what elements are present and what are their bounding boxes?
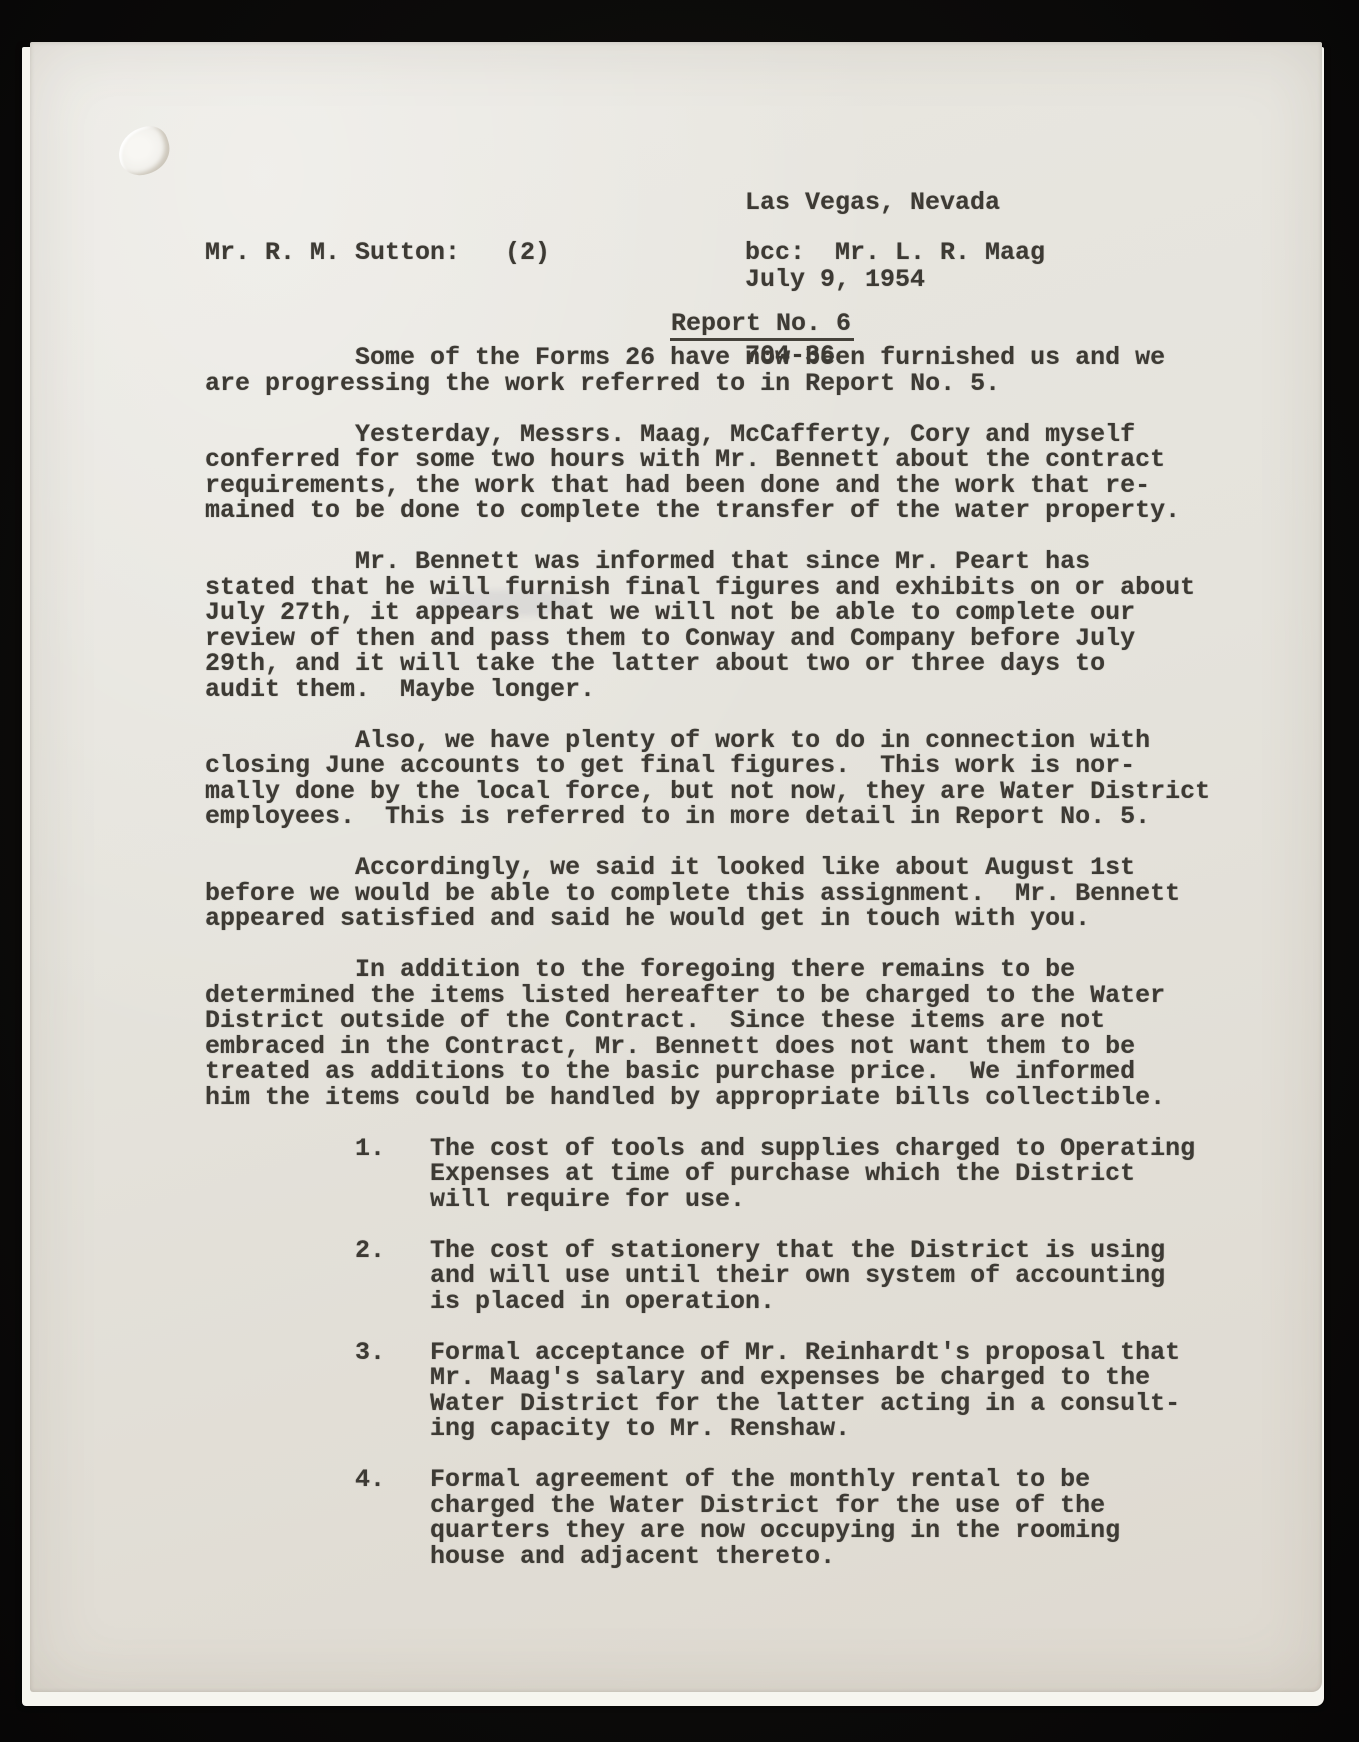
list-item-number: 3. [355, 1340, 430, 1366]
address-row: Mr. R. M. Sutton: (2) bcc: Mr. L. R. Maa… [30, 240, 1322, 266]
letter-body: Some of the Forms 26 have now been furni… [205, 345, 1225, 1569]
paragraph: Also, we have plenty of work to do in co… [205, 728, 1225, 830]
letter-page: Las Vegas, Nevada July 9, 1954 704-36 Mr… [30, 42, 1322, 1692]
paragraph: Accordingly, we said it looked like abou… [205, 855, 1225, 932]
paper-dent [112, 121, 176, 181]
paragraph: Some of the Forms 26 have now been furni… [205, 345, 1225, 396]
list-item-text: Formal acceptance of Mr. Reinhardt's pro… [430, 1340, 1180, 1442]
list-item-number: 4. [355, 1467, 430, 1493]
list-item: 2. The cost of stationery that the Distr… [355, 1238, 1225, 1315]
scanned-letter: Las Vegas, Nevada July 9, 1954 704-36 Mr… [0, 0, 1359, 1742]
paragraph: Mr. Bennett was informed that since Mr. … [205, 549, 1225, 702]
list-item-number: 1. [355, 1136, 430, 1162]
letterhead-location: Las Vegas, Nevada [745, 190, 1000, 216]
list-item-number: 2. [355, 1238, 430, 1264]
list-item: 4. Formal agreement of the monthly renta… [355, 1467, 1225, 1569]
list-item-text: Formal agreement of the monthly rental t… [430, 1467, 1120, 1569]
list-item: 3. Formal acceptance of Mr. Reinhardt's … [355, 1340, 1225, 1442]
recipient-line: Mr. R. M. Sutton: (2) [205, 240, 550, 266]
list-item-text: The cost of tools and supplies charged t… [430, 1136, 1195, 1213]
bcc-line: bcc: Mr. L. R. Maag [745, 240, 1045, 266]
list-item: 1. The cost of tools and supplies charge… [355, 1136, 1225, 1213]
paragraph: Yesterday, Messrs. Maag, McCafferty, Cor… [205, 422, 1225, 524]
paragraph: In addition to the foregoing there remai… [205, 957, 1225, 1110]
list-item-text: The cost of stationery that the District… [430, 1238, 1165, 1315]
report-title-text: Report No. 6 [670, 311, 854, 342]
